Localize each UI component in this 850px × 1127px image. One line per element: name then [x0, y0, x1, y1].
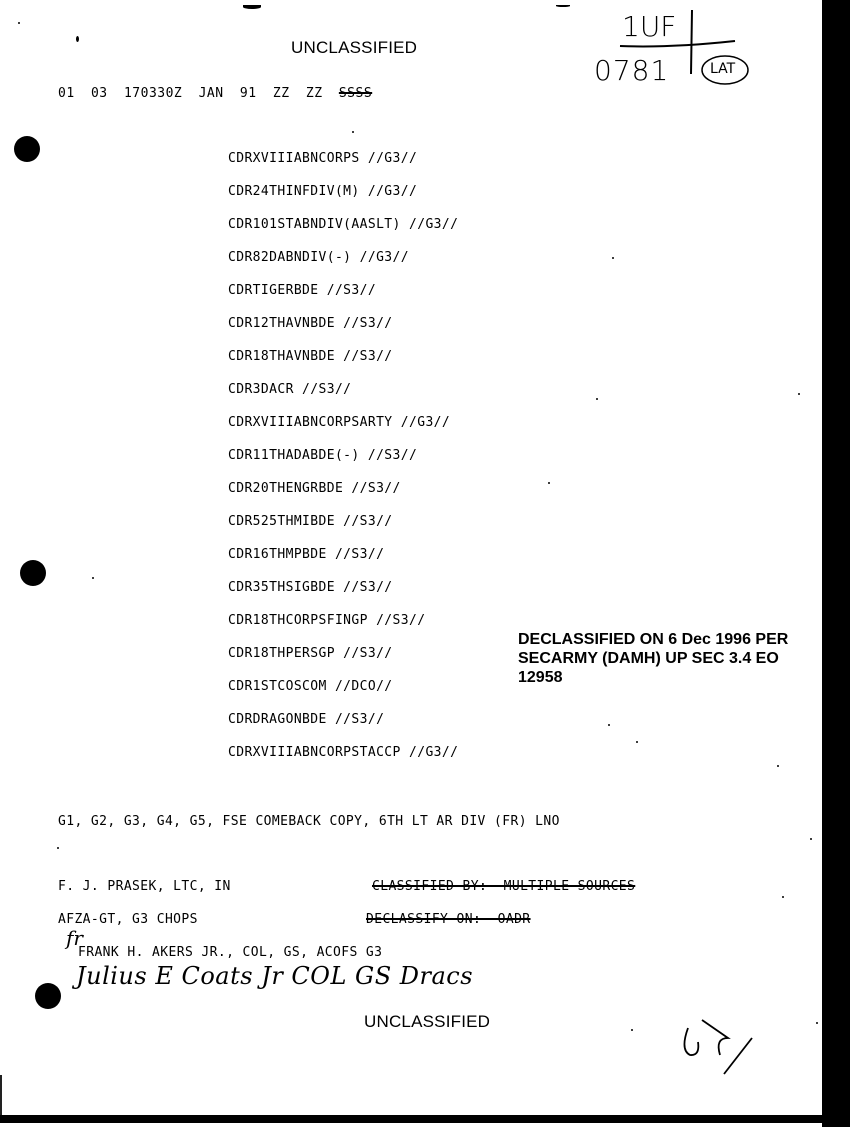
addressee: CDR11THADABDE(-) //S3// — [228, 447, 458, 480]
addressee: CDR525THMIBDE //S3// — [228, 513, 458, 546]
addressee-list: CDRXVIIIABNCORPS //G3// CDR24THINFDIV(M)… — [228, 150, 458, 777]
scan-speck — [816, 1022, 818, 1024]
dtg-field: 170330Z — [124, 86, 182, 101]
dtg-field: 03 — [91, 86, 108, 101]
addressee: CDRDRAGONBDE //S3// — [228, 711, 458, 744]
releaser-line: FRANK H. AKERS JR., COL, GS, ACOFS G3 — [78, 945, 382, 960]
classification-banner-top: UNCLASSIFIED — [291, 38, 417, 58]
scan-speck — [798, 393, 800, 395]
addressee: CDR16THMPBDE //S3// — [228, 546, 458, 579]
addressee: CDR18THAVNBDE //S3// — [228, 348, 458, 381]
declass-line: SECARMY (DAMH) UP SEC 3.4 EO — [518, 649, 822, 668]
addressee: CDR101STABNDIV(AASLT) //G3// — [228, 216, 458, 249]
handwritten-for: fr — [66, 926, 83, 950]
handwritten-signature: Julius E Coats Jr COL GS Dracs — [76, 962, 473, 990]
scan-speck — [76, 36, 79, 42]
scan-mark — [556, 5, 570, 7]
scan-speck — [631, 1029, 633, 1031]
classified-by-struck: CLASSIFIED BY: MULTIPLE SOURCES — [372, 879, 635, 894]
handwritten-text: 1UF — [622, 10, 676, 43]
punch-hole — [20, 560, 46, 586]
punch-hole — [14, 136, 40, 162]
addressee: CDR18THCORPSFINGP //S3// — [228, 612, 458, 645]
addressee: CDR3DACR //S3// — [228, 381, 458, 414]
dtg-field: 01 — [58, 86, 75, 101]
scan-speck — [782, 896, 784, 898]
addressee: CDRXVIIIABNCORPSARTY //G3// — [228, 414, 458, 447]
scan-speck — [636, 741, 638, 743]
addressee: CDR1STCOSCOM //DCO// — [228, 678, 458, 711]
dtg-field: ZZ — [306, 86, 323, 101]
scan-speck — [352, 131, 354, 133]
declassify-on-struck: DECLASSIFY ON: OADR — [366, 912, 531, 927]
initials-scribble-icon — [680, 1010, 770, 1080]
scan-speck — [92, 577, 94, 579]
handwritten-circled-text: LAT — [710, 61, 735, 77]
addressee: CDR12THAVNBDE //S3// — [228, 315, 458, 348]
scan-speck — [596, 398, 598, 400]
dtg-field: 91 — [240, 86, 257, 101]
addressee: CDR20THENGRBDE //S3// — [228, 480, 458, 513]
addressee: CDR82DABNDIV(-) //G3// — [228, 249, 458, 282]
info-addressees: G1, G2, G3, G4, G5, FSE COMEBACK COPY, 6… — [58, 814, 560, 829]
addressee: CDRTIGERBDE //S3// — [228, 282, 458, 315]
declassification-stamp: DECLASSIFIED ON 6 Dec 1996 PER SECARMY (… — [518, 630, 822, 687]
punch-hole — [35, 983, 61, 1009]
scan-edge-left — [0, 1075, 2, 1115]
scan-mark — [243, 5, 261, 9]
scan-speck — [810, 838, 812, 840]
addressee: CDR24THINFDIV(M) //G3// — [228, 183, 458, 216]
classification-banner-bottom: UNCLASSIFIED — [364, 1012, 490, 1032]
addressee: CDR18THPERSGP //S3// — [228, 645, 458, 678]
declass-line: DECLASSIFIED ON 6 Dec 1996 PER — [518, 630, 822, 649]
scan-speck — [608, 724, 610, 726]
addressee: CDRXVIIIABNCORPSTACCP //G3// — [228, 744, 458, 777]
handwritten-initials: JY — [680, 1010, 770, 1084]
date-time-group: 01 03 170330Z JAN 91 ZZ ZZ SSSS — [58, 86, 372, 101]
scan-speck — [57, 847, 59, 849]
declass-line: 12958 — [518, 668, 822, 687]
scan-border-right — [822, 0, 850, 1127]
scan-speck — [612, 257, 614, 259]
addressee: CDR35THSIGBDE //S3// — [228, 579, 458, 612]
scan-speck — [18, 22, 20, 24]
drafter-line: F. J. PRASEK, LTC, IN — [58, 879, 231, 894]
handwritten-annotation-top: 1UF 0781 LAT — [590, 4, 760, 99]
office-line: AFZA-GT, G3 CHOPS — [58, 912, 198, 927]
dtg-field: ZZ — [273, 86, 290, 101]
scan-speck — [777, 765, 779, 767]
addressee: CDRXVIIIABNCORPS //G3// — [228, 150, 458, 183]
dtg-field: JAN — [199, 86, 224, 101]
scan-border-bottom — [0, 1115, 850, 1123]
dtg-struck-field: SSSS — [339, 86, 372, 101]
handwritten-text: 0781 — [594, 54, 669, 87]
scan-speck — [548, 482, 550, 484]
